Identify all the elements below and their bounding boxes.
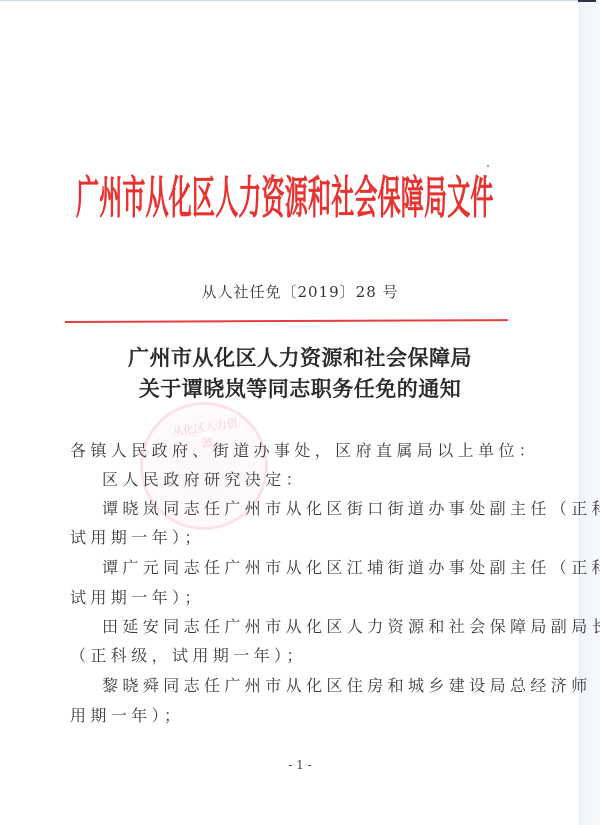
appointment-line: 谭广元同志任广州市从化区江埔街道办事处副主任（正科级， — [102, 558, 562, 578]
notice-title-line-1: 广州市从化区人力资源和社会保障局 — [0, 342, 600, 372]
appointment-line: （正科级，试用期一年）； — [70, 646, 530, 666]
scan-corner-mark — [578, 0, 596, 2]
issuer-red-header: 广州市从化区人力资源和社会保障局文件 — [76, 176, 496, 277]
appointment-line: 用期一年）； — [70, 706, 530, 726]
red-separator-rule — [65, 319, 508, 323]
scan-right-edge — [579, 0, 600, 825]
page-number: - 1 - — [0, 758, 600, 772]
appointment-line: 黎晓舜同志任广州市从化区住房和城乡建设局总经济师（试 — [102, 676, 562, 696]
appointment-line: 试用期一年）； — [70, 528, 530, 548]
document-number: 从人社任免〔2019〕28 号 — [0, 281, 600, 302]
scan-top-edge — [0, 0, 578, 1]
salutation: 各镇人民政府、街道办事处，区府直属局以上单位： — [70, 441, 530, 461]
appointment-line: 试用期一年）； — [70, 588, 530, 608]
notice-title-line-2: 关于谭晓岚等同志职务任免的通知 — [0, 373, 600, 403]
intro-line: 区人民政府研究决定： — [102, 470, 562, 490]
appointment-line: 谭晓岚同志任广州市从化区街口街道办事处副主任（正科级， — [102, 499, 562, 519]
scan-speck — [487, 165, 489, 167]
appointment-line: 田延安同志任广州市从化区人力资源和社会保障局副局长 — [102, 617, 562, 637]
